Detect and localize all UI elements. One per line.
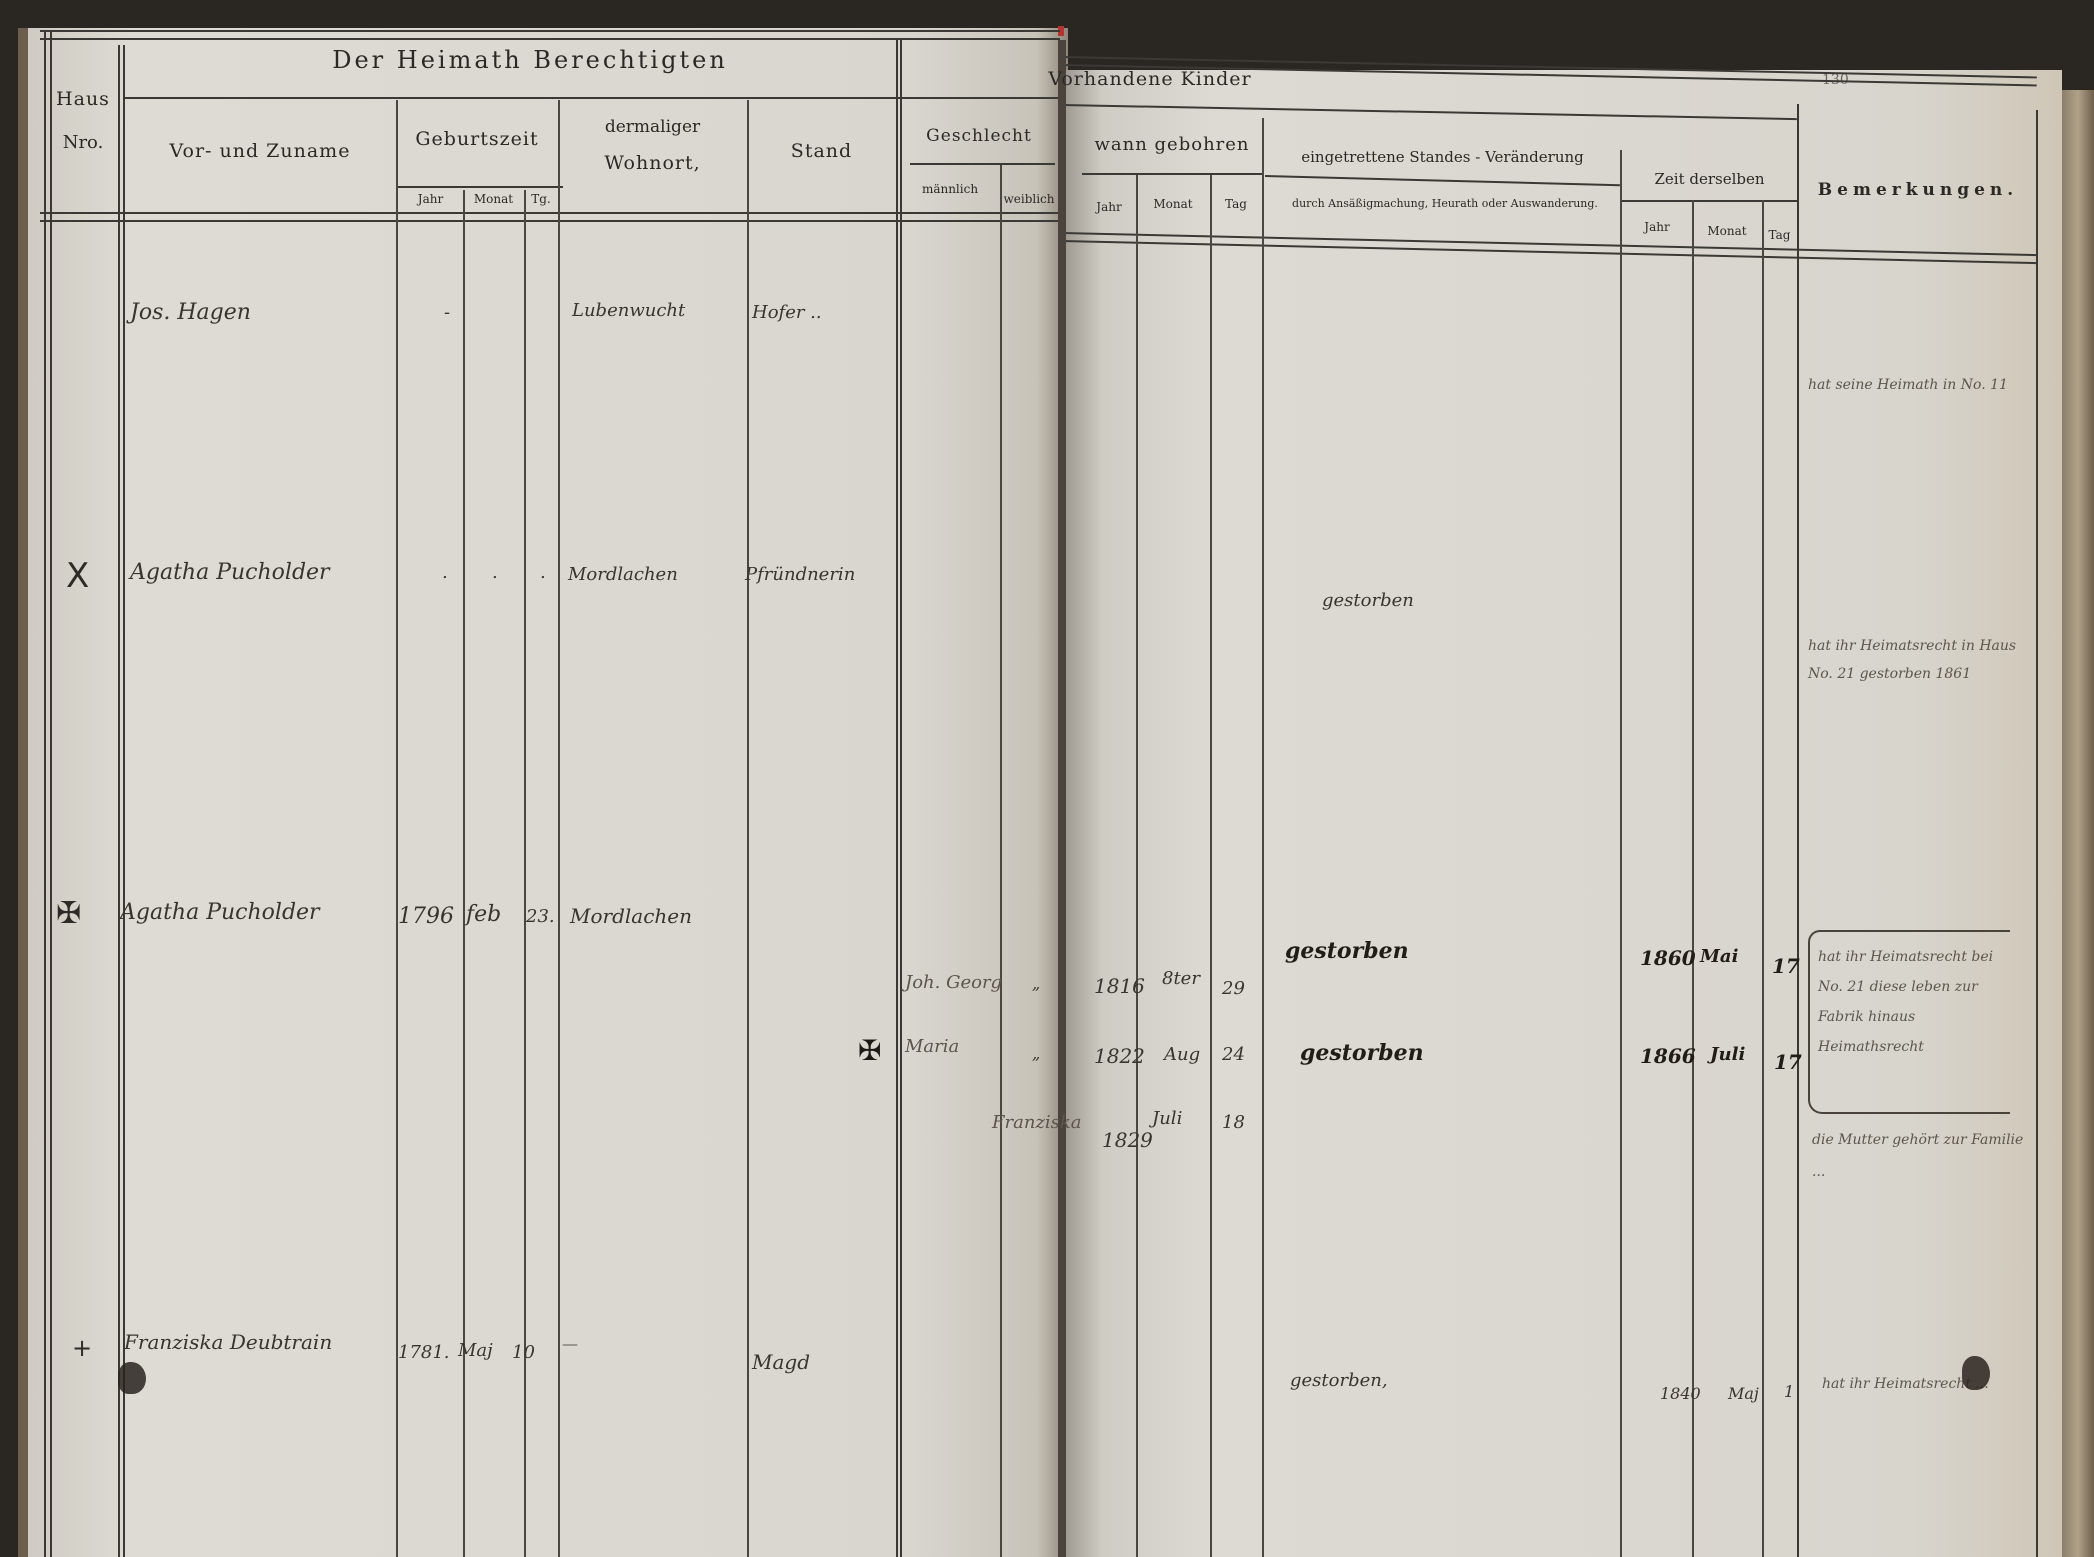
residence-col-line	[747, 100, 749, 1557]
child-2-change-day: 17	[1774, 1050, 1802, 1074]
child-1-day: 29	[1222, 978, 1245, 999]
top-rule-left	[40, 30, 1060, 40]
born-year-col-line	[1136, 175, 1138, 1557]
entry-2-remarks: hat ihr Heimatsrecht in Haus No. 21 gest…	[1808, 632, 2028, 688]
left-page	[18, 28, 1068, 1557]
entry-3-birth-day: 23.	[526, 906, 555, 927]
born-sub-rule	[1082, 173, 1262, 175]
entry-2-house-mark: X	[66, 556, 89, 596]
header-status: Stand	[747, 140, 896, 162]
status-col-line	[896, 40, 898, 1557]
child-1-month: 8ter	[1162, 968, 1200, 989]
header-status-change: eingetrettene Standes - Veränderung	[1265, 148, 1620, 166]
child-1-year: 1816	[1094, 974, 1145, 998]
header-change-year: Jahr	[1622, 220, 1692, 234]
entry-2-birth-month: .	[492, 562, 498, 583]
left-border-2	[50, 30, 52, 1557]
header-change-month: Monat	[1692, 224, 1762, 238]
entry-4-residence: —	[562, 1334, 578, 1353]
right-border	[2036, 110, 2038, 1557]
header-house: Haus	[48, 88, 118, 110]
header-birth-month: Monat	[463, 192, 524, 206]
child-1-change-day: 17	[1772, 954, 1800, 978]
name-col-line	[396, 100, 398, 1557]
header-children-title: Vorhandene Kinder	[1010, 68, 1290, 90]
entry-2-name: Agatha Pucholder	[130, 560, 330, 585]
entry-2-residence: Mordlachen	[568, 564, 678, 585]
entry-1-name: Jos. Hagen	[130, 300, 251, 325]
child-3-female-name: Franziska	[992, 1112, 1082, 1133]
born-month-col-line	[1210, 175, 1212, 1557]
header-born-year: Jahr	[1082, 200, 1136, 214]
right-page	[1062, 70, 2062, 1557]
entry-2-status: Pfründnerin	[745, 564, 855, 585]
entry-2-birth-year: .	[442, 562, 448, 583]
child-2-month: Aug	[1164, 1044, 1200, 1065]
header-residence-2: Wohnort,	[558, 152, 747, 174]
header-time-of-change: Zeit derselben	[1622, 170, 1797, 188]
child-1-change-month: Mai	[1700, 946, 1738, 967]
header-born-when: wann gebohren	[1082, 134, 1262, 155]
child-1-change-year: 1860	[1640, 946, 1696, 970]
entry-1-residence: Lubenwucht	[572, 300, 685, 321]
house-col-line	[118, 45, 120, 1557]
child-1-status-change: gestorben	[1285, 938, 1409, 964]
entry-3-residence: Mordlachen	[570, 904, 692, 928]
child-2-change-year: 1866	[1640, 1044, 1696, 1068]
remarks-col-line	[1797, 104, 1799, 1557]
entry-4-change-day: 1	[1784, 1382, 1794, 1401]
header-change-day: Tag	[1762, 228, 1797, 242]
entry-4-name: Franziska Deubtrain	[124, 1330, 332, 1354]
header-birth-year: Jahr	[398, 192, 463, 206]
entry-4-birth-month: Maj	[458, 1340, 493, 1361]
entry-1-remarks: hat seine Heimath in No. 11	[1808, 372, 2028, 398]
header-female: weiblich	[1000, 192, 1058, 206]
header-residence-1: dermaliger	[558, 117, 747, 137]
child-2-status-change: gestorben	[1300, 1040, 1424, 1066]
status-col-line-2	[900, 40, 902, 1557]
male-col-line	[1000, 165, 1002, 1557]
day-col-line	[558, 100, 560, 1557]
entry-4-change-month: Maj	[1728, 1384, 1759, 1403]
entry-4-status: Magd	[752, 1350, 810, 1374]
birth-sub-rule	[398, 186, 563, 188]
change-month-col-line	[1762, 200, 1764, 1557]
entry-3-name: Agatha Pucholder	[120, 900, 320, 925]
ink-blot	[118, 1362, 146, 1394]
entry-3-house-mark-cross-icon: ✠	[56, 896, 81, 931]
entry-2-status-change: gestorben	[1322, 590, 1414, 611]
child-1-male-name: Joh. Georg	[905, 972, 1002, 993]
entry-2-birth-day: .	[540, 562, 546, 583]
child-3-day: 18	[1222, 1112, 1245, 1133]
child-2-ditto: „	[1032, 1044, 1040, 1063]
header-bottom-rule-left	[40, 212, 1060, 222]
header-remarks: Bemerkungen.	[1800, 180, 2036, 200]
header-birth-time: Geburtszeit	[396, 128, 558, 150]
child-3-year: 1829	[1102, 1128, 1153, 1152]
child-2-change-month: Juli	[1710, 1044, 1745, 1065]
header-status-change-sub: durch Ansäßigmachung, Heurath oder Auswa…	[1275, 196, 1615, 212]
header-house-nro: Nro.	[48, 132, 118, 153]
child-3-month: Juli	[1152, 1108, 1182, 1129]
child-1-ditto: „	[1032, 974, 1040, 993]
entry-4-change-year: 1840	[1660, 1384, 1701, 1403]
register-book-spread: 130 Haus Nro. Der Heimath Berechtigten V…	[0, 0, 2094, 1557]
header-name: Vor- und Zuname	[124, 140, 396, 162]
ink-blot-right	[1962, 1356, 1990, 1390]
entry-4-house-mark: +	[72, 1334, 92, 1362]
header-birth-day: Tg.	[524, 192, 558, 206]
header-born-day: Tag	[1210, 197, 1262, 211]
entry-4-birth-year: 1781.	[398, 1342, 450, 1363]
change-year-col-line	[1692, 200, 1694, 1557]
entry-1-status: Hofer ..	[752, 302, 822, 323]
time-sub-rule	[1622, 200, 1797, 202]
entry-3-remarks-extra: die Mutter gehört zur Familie ...	[1812, 1124, 2032, 1188]
header-sex: Geschlecht	[900, 126, 1058, 146]
header-born-month: Monat	[1136, 197, 1210, 211]
child-2-cross-icon: ✠	[858, 1034, 881, 1067]
entry-4-remarks: hat ihr Heimatsrecht ...	[1822, 1370, 2022, 1398]
entry-3-birth-month: feb	[466, 902, 501, 927]
child-2-male-name: Maria	[905, 1036, 959, 1057]
entry-4-status-change: gestorben,	[1290, 1370, 1388, 1391]
header-group-title: Der Heimath Berechtigten	[230, 46, 830, 74]
entry-3-remarks-bracketed: hat ihr Heimatsrecht bei No. 21 diese le…	[1818, 942, 2018, 1062]
entry-4-birth-day: 10	[512, 1342, 535, 1363]
group-title-rule-left	[124, 97, 1059, 99]
child-2-day: 24	[1222, 1044, 1245, 1065]
gutter	[1058, 40, 1066, 1557]
book-edge	[2062, 90, 2094, 1557]
child-2-year: 1822	[1094, 1044, 1145, 1068]
header-male: männlich	[900, 182, 1000, 196]
sex-sub-rule	[910, 163, 1055, 165]
left-border	[44, 30, 46, 1557]
born-day-col-line	[1262, 118, 1264, 1557]
change-col-line	[1620, 150, 1622, 1557]
entry-1-birth-month: -	[444, 302, 450, 323]
entry-3-birth-year: 1796	[398, 904, 454, 929]
